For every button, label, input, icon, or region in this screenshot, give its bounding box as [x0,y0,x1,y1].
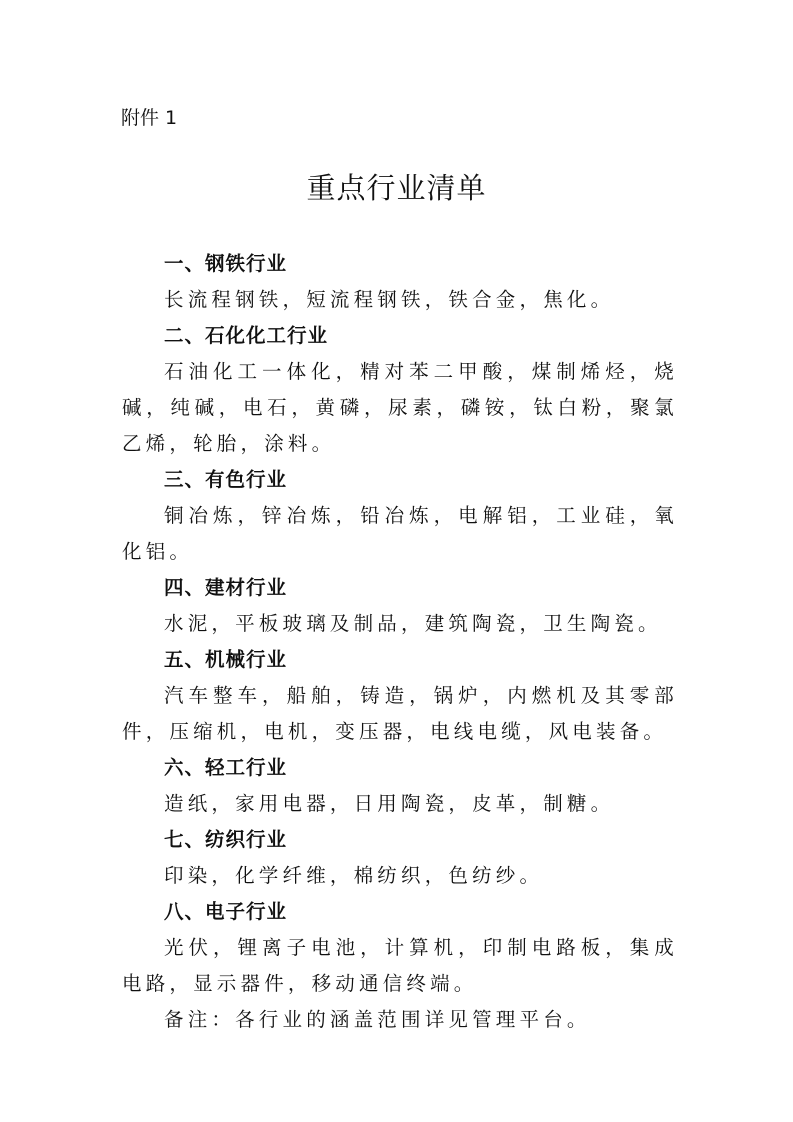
section-body-petrochemical: 石油化工一体化，精对苯二甲酸，煤制烯烃，烧碱，纯碱，电石，黄磷，尿素，磷铵，钛白… [122,354,678,462]
document-page: 附件 1 重点行业清单 一、钢铁行业 长流程钢铁，短流程钢铁，铁合金，焦化。 二… [0,0,793,1122]
section-heading-light-industry: 六、轻工行业 [122,750,678,786]
attachment-label: 附件 1 [121,104,177,132]
document-title: 重点行业清单 [0,168,793,208]
section-heading-steel: 一、钢铁行业 [122,246,678,282]
section-heading-electronics: 八、电子行业 [122,894,678,930]
section-body-steel: 长流程钢铁，短流程钢铁，铁合金，焦化。 [122,282,678,318]
section-heading-textile: 七、纺织行业 [122,822,678,858]
section-body-electronics: 光伏，锂离子电池，计算机，印制电路板，集成电路，显示器件，移动通信终端。 [122,930,678,1002]
section-heading-machinery: 五、机械行业 [122,642,678,678]
section-body-light-industry: 造纸，家用电器，日用陶瓷，皮革，制糖。 [122,786,678,822]
section-heading-petrochemical: 二、石化化工行业 [122,318,678,354]
section-heading-building-materials: 四、建材行业 [122,570,678,606]
note: 备注：各行业的涵盖范围详见管理平台。 [122,1002,678,1038]
section-body-building-materials: 水泥，平板玻璃及制品，建筑陶瓷，卫生陶瓷。 [122,606,678,642]
section-body-machinery: 汽车整车，船舶，铸造，锅炉，内燃机及其零部件，压缩机，电机，变压器，电线电缆，风… [122,678,678,750]
section-heading-nonferrous: 三、有色行业 [122,462,678,498]
section-body-nonferrous: 铜冶炼，锌冶炼，铅冶炼，电解铝，工业硅，氧化铝。 [122,498,678,570]
industry-list: 一、钢铁行业 长流程钢铁，短流程钢铁，铁合金，焦化。 二、石化化工行业 石油化工… [122,246,678,1038]
section-body-textile: 印染，化学纤维，棉纺织，色纺纱。 [122,858,678,894]
